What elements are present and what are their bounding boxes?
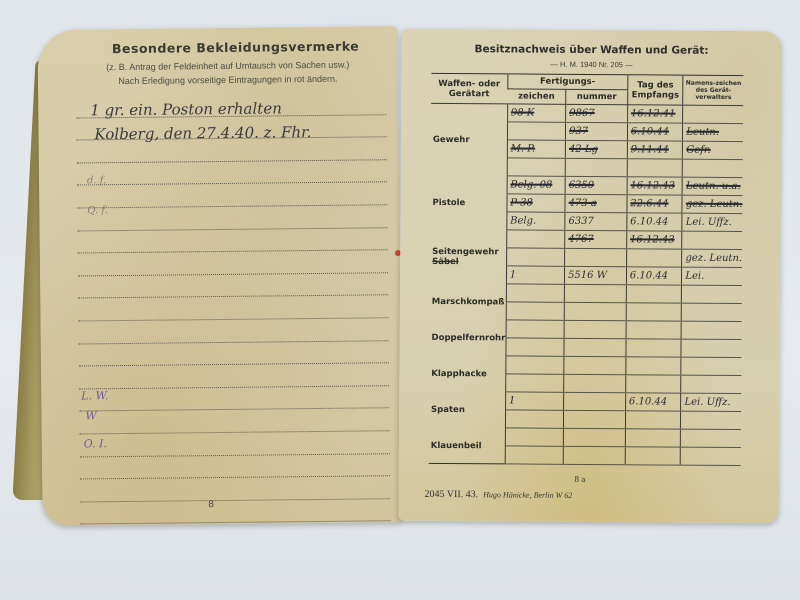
cell-sign: gez. Leutn. (682, 250, 742, 268)
cell-sign: gez. Leutn. (682, 196, 742, 214)
left-page-instruction: Nach Erledigung vorseitige Eintragungen … (68, 73, 388, 86)
handwritten-mark: Belg. 08 (507, 180, 552, 191)
handwritten-entry: Kolberg, den 27.4.40. z. Fhr. (94, 123, 311, 143)
handwritten-number (564, 450, 567, 461)
handwritten-mark: P 38 (507, 198, 533, 209)
item-name-struck: Säbel (432, 257, 506, 268)
cell-number (564, 321, 626, 339)
handwritten-number: 937 (566, 126, 588, 137)
right-page-title: Besitznachweis über Waffen und Gerät: (422, 43, 762, 57)
handwritten-date (626, 325, 629, 336)
cell-date (626, 303, 682, 321)
cell-date: 16.12.43 (627, 177, 683, 195)
item-label: Gewehr (431, 104, 508, 177)
cell-mark: M. P. (507, 140, 565, 158)
handwritten-date (626, 361, 629, 372)
cell-date (625, 375, 681, 393)
handwritten-mark (507, 162, 510, 173)
cell-mark: 1 (505, 392, 563, 410)
handwritten-mark: M. P. (508, 144, 536, 155)
cell-mark (506, 230, 564, 248)
cell-mark (506, 356, 564, 374)
handwritten-mark: 1 (506, 396, 515, 407)
handwritten-sign: gez. Leutn. (682, 253, 742, 264)
handwritten-number (566, 162, 569, 173)
ruled-line (80, 454, 390, 480)
item-label: Marschkompaß (430, 284, 506, 321)
cell-mark (506, 320, 564, 338)
table-row: PistoleBelg. 08635016.12.43Leutn. u.a. (431, 176, 743, 196)
cell-sign (683, 160, 743, 178)
handwritten-number: 473 a (566, 198, 597, 209)
cell-number (565, 249, 627, 267)
header-item: Waffen- oder Gerätart (431, 73, 507, 104)
handwritten-sign (681, 415, 684, 426)
printer-imprint: 2045 VII. 43. Hugo Hänicke, Berlin W 62 (424, 489, 572, 501)
ruled-line (78, 296, 388, 322)
cell-mark (507, 122, 565, 140)
cell-mark (505, 428, 563, 446)
cell-number: 42 Lg (565, 141, 627, 159)
handwritten-number (564, 360, 567, 371)
handwritten-sign (682, 379, 685, 390)
handwritten-sign: Lei. Uffz. (681, 397, 730, 408)
cell-number (563, 429, 625, 447)
handwritten-date: 16.12.43 (627, 181, 675, 192)
cell-sign: Gefr. (683, 142, 743, 160)
stamp-mark: L. W. (81, 389, 108, 402)
cell-mark (506, 338, 564, 356)
handwritten-sign (683, 109, 686, 120)
cell-number (564, 393, 626, 411)
cell-sign: Lei. Uffz. (682, 214, 742, 232)
handwritten-sign (682, 343, 685, 354)
regulation-reference: — H. M. 1940 Nr. 205 — (421, 59, 761, 70)
cell-mark: P 38 (507, 194, 565, 212)
item-label: Klauenbeil (429, 428, 505, 465)
handwritten-date: 16.12.43 (627, 235, 675, 246)
page-number: 8 (208, 499, 214, 510)
cell-number: 9867 (566, 105, 628, 123)
cell-number (564, 411, 626, 429)
handwritten-date (627, 289, 630, 300)
ruled-line (80, 431, 390, 457)
handwritten-mark (508, 126, 511, 137)
handwritten-date: 6.10.44 (627, 217, 668, 228)
header-mark: zeichen (507, 89, 565, 105)
handwritten-sign: Lei. (682, 271, 704, 282)
handwritten-mark (506, 378, 509, 389)
cell-sign (681, 322, 741, 340)
header-number: nummer (566, 90, 628, 106)
handwritten-number (565, 306, 568, 317)
cell-mark (505, 410, 563, 428)
right-page: Besitznachweis über Waffen und Gerät: — … (398, 29, 781, 524)
handwritten-mark (506, 324, 509, 335)
handwritten-mark (505, 450, 508, 461)
handwritten-sign (683, 235, 686, 246)
handwritten-number (565, 252, 568, 263)
handwritten-sign: Leutn. (683, 127, 719, 138)
handwritten-mark: Belg. (507, 216, 536, 227)
handwritten-entry: 1 gr. ein. Poston erhalten (90, 99, 282, 119)
handwritten-mark (507, 252, 510, 263)
cell-number (564, 357, 626, 375)
cell-date (625, 447, 681, 465)
cell-date: 6.10.44 (627, 123, 683, 141)
ruled-line (79, 363, 389, 389)
item-name: Klapphacke (431, 369, 505, 380)
cell-number: 5516 W (565, 267, 627, 285)
table-row: Klapphacke (429, 356, 741, 376)
cell-date: 6.10.44 (626, 267, 682, 285)
handwritten-date (626, 415, 629, 426)
ruled-line (78, 228, 388, 254)
handwritten-mark (506, 306, 509, 317)
handwritten-sign: Gefr. (683, 145, 711, 156)
handwritten-sign (683, 163, 686, 174)
left-page: Besondere Bekleidungsvermerke (z. B. Ant… (37, 26, 402, 526)
handwritten-number (564, 396, 567, 407)
cell-date: 9.11.44 (627, 141, 683, 159)
ruled-line (79, 341, 389, 367)
handwritten-mark (507, 234, 510, 245)
handwritten-sign: Lei. Uffz. (683, 217, 732, 228)
left-page-subtitle: (z. B. Antrag der Feldeinheit auf Umtaus… (68, 59, 388, 72)
handwritten-date (626, 379, 629, 390)
item-name: Pistole (432, 198, 506, 209)
handwritten-date: 16.12.41 (628, 109, 676, 120)
table-row: Marschkompaß (430, 284, 742, 304)
cell-number: 937 (566, 123, 628, 141)
cell-sign: Lei. Uffz. (681, 394, 741, 412)
handwritten-entry: Q. f. (87, 205, 108, 216)
handwritten-number: 9867 (566, 108, 595, 119)
ruled-line (79, 386, 389, 412)
handwritten-number (565, 324, 568, 335)
handwritten-date (627, 307, 630, 318)
cell-date: 22.6.44 (627, 195, 683, 213)
cell-mark: Belg. 08 (507, 176, 565, 194)
weapons-table: Waffen- oder Gerätart Fertigungs- Tag de… (429, 73, 744, 467)
cell-sign: Leutn. u.a. (682, 178, 742, 196)
item-name: Marschkompaß (432, 297, 506, 308)
ruled-line (80, 476, 390, 502)
handwritten-mark: 1 (507, 270, 516, 281)
item-name: Seitengewehr (432, 247, 506, 258)
header-manufacture: Fertigungs- (508, 74, 628, 90)
cell-sign (683, 106, 743, 124)
cell-sign (681, 358, 741, 376)
handwritten-number (565, 288, 568, 299)
page-number: 8 a (575, 474, 586, 484)
item-name: Spaten (431, 405, 505, 416)
ruled-line (78, 318, 388, 344)
cell-number: 6350 (565, 177, 627, 195)
stamp-mark: O. I. (84, 437, 107, 450)
handwritten-number: 5516 W (565, 270, 607, 281)
cell-number (565, 159, 627, 177)
ruled-line (78, 273, 388, 299)
cell-sign: Lei. (682, 268, 742, 286)
handwritten-number: 42 Lg (566, 144, 598, 155)
handwritten-mark (506, 360, 509, 371)
handwritten-date: 6.10.44 (626, 397, 667, 408)
ruled-line (79, 409, 389, 435)
handwritten-date (626, 451, 629, 462)
header-date: Tag des Empfangs (628, 75, 684, 106)
handwritten-mark: 98 K (508, 108, 534, 119)
item-label: Spaten (429, 392, 505, 429)
stamp-mark: W (85, 409, 96, 422)
handwritten-sign (682, 289, 685, 300)
cell-sign (682, 304, 742, 322)
handwritten-mark (506, 342, 509, 353)
ruled-line (78, 250, 388, 276)
table-row: Doppelfernrohr (430, 320, 742, 340)
handwritten-number (564, 414, 567, 425)
handwritten-mark (506, 432, 509, 443)
cell-sign (682, 232, 742, 250)
ruled-lines (76, 92, 390, 525)
cell-sign (682, 286, 742, 304)
cell-date (627, 159, 683, 177)
cell-sign (681, 412, 741, 430)
cell-date (626, 321, 682, 339)
item-label: Doppelfernrohr (429, 320, 505, 357)
table-row: Gewehr98 K986716.12.41 (431, 104, 743, 124)
handwritten-date (628, 163, 631, 174)
cell-mark (506, 248, 564, 266)
item-name: Gewehr (433, 135, 507, 146)
handwritten-sign: Leutn. u.a. (683, 181, 741, 192)
handwritten-date (626, 343, 629, 354)
header-signature: Namens-zeichen des Gerät-verwalters (683, 75, 743, 106)
item-name: Doppelfernrohr (432, 333, 506, 344)
cell-date (625, 429, 681, 447)
handwritten-sign (682, 361, 685, 372)
handwritten-date: 6.10.44 (628, 127, 669, 138)
table-row: SeitengewehrSäbel476716.12.43 (430, 230, 742, 250)
cell-number: 4767 (565, 231, 627, 249)
cell-mark: 98 K (507, 104, 565, 122)
cell-sign (681, 448, 741, 466)
handwritten-sign (681, 433, 684, 444)
cell-date (625, 411, 681, 429)
handwritten-date (627, 253, 630, 264)
cell-mark (506, 302, 564, 320)
handwritten-number (564, 432, 567, 443)
cell-date: 6.10.44 (625, 393, 681, 411)
cell-date (626, 249, 682, 267)
handwritten-date: 9.11.44 (628, 145, 669, 156)
handwritten-date (626, 433, 629, 444)
item-name: Klauenbeil (431, 441, 505, 452)
cell-sign (681, 340, 741, 358)
handwritten-number: 6337 (565, 216, 594, 227)
imprint-code: 2045 VII. 43. (424, 489, 478, 500)
cell-sign (681, 430, 741, 448)
cell-mark: Belg. (507, 212, 565, 230)
handwritten-sign (682, 325, 685, 336)
cell-date (626, 339, 682, 357)
cell-mark (506, 284, 564, 302)
cell-number (564, 375, 626, 393)
cell-number (563, 447, 625, 465)
handwritten-sign (681, 451, 684, 462)
handwritten-entry: d. f. (87, 175, 106, 186)
cell-date (626, 357, 682, 375)
cell-date: 6.10.44 (627, 213, 683, 231)
cell-number (564, 303, 626, 321)
handwritten-sign: gez. Leutn. (683, 199, 743, 210)
imprint-publisher: Hugo Hänicke, Berlin W 62 (483, 490, 572, 500)
item-label: SeitengewehrSäbel (430, 230, 507, 285)
ruled-line (77, 183, 387, 209)
cell-mark: 1 (506, 266, 564, 284)
ruled-line (77, 205, 387, 231)
handwritten-sign (682, 307, 685, 318)
handwritten-mark (506, 414, 509, 425)
cell-sign (681, 376, 741, 394)
handwritten-number: 6350 (566, 180, 595, 191)
handwritten-date: 22.6.44 (627, 199, 668, 210)
cell-date: 16.12.41 (627, 105, 683, 123)
cell-date: 16.12.43 (627, 231, 683, 249)
ruled-line (80, 499, 390, 525)
cell-number: 6337 (565, 213, 627, 231)
cell-number (564, 285, 626, 303)
cell-mark (505, 374, 563, 392)
handwritten-date: 6.10.44 (627, 271, 668, 282)
table-row: Spaten16.10.44Lei. Uffz. (429, 392, 741, 412)
cell-mark (505, 446, 563, 464)
table-row: Klauenbeil (429, 428, 741, 448)
left-page-title: Besondere Bekleidungsvermerke (86, 38, 386, 56)
item-label: Klapphacke (429, 356, 505, 393)
cell-date (626, 285, 682, 303)
cell-number (564, 339, 626, 357)
handwritten-number (564, 378, 567, 389)
cell-mark (507, 158, 565, 176)
handwritten-number (565, 342, 568, 353)
handwritten-mark (507, 288, 510, 299)
handwritten-number: 4767 (565, 234, 594, 245)
cell-sign: Leutn. (683, 124, 743, 142)
item-label: Pistole (430, 176, 507, 231)
ruled-line (77, 160, 387, 186)
cell-number: 473 a (565, 195, 627, 213)
